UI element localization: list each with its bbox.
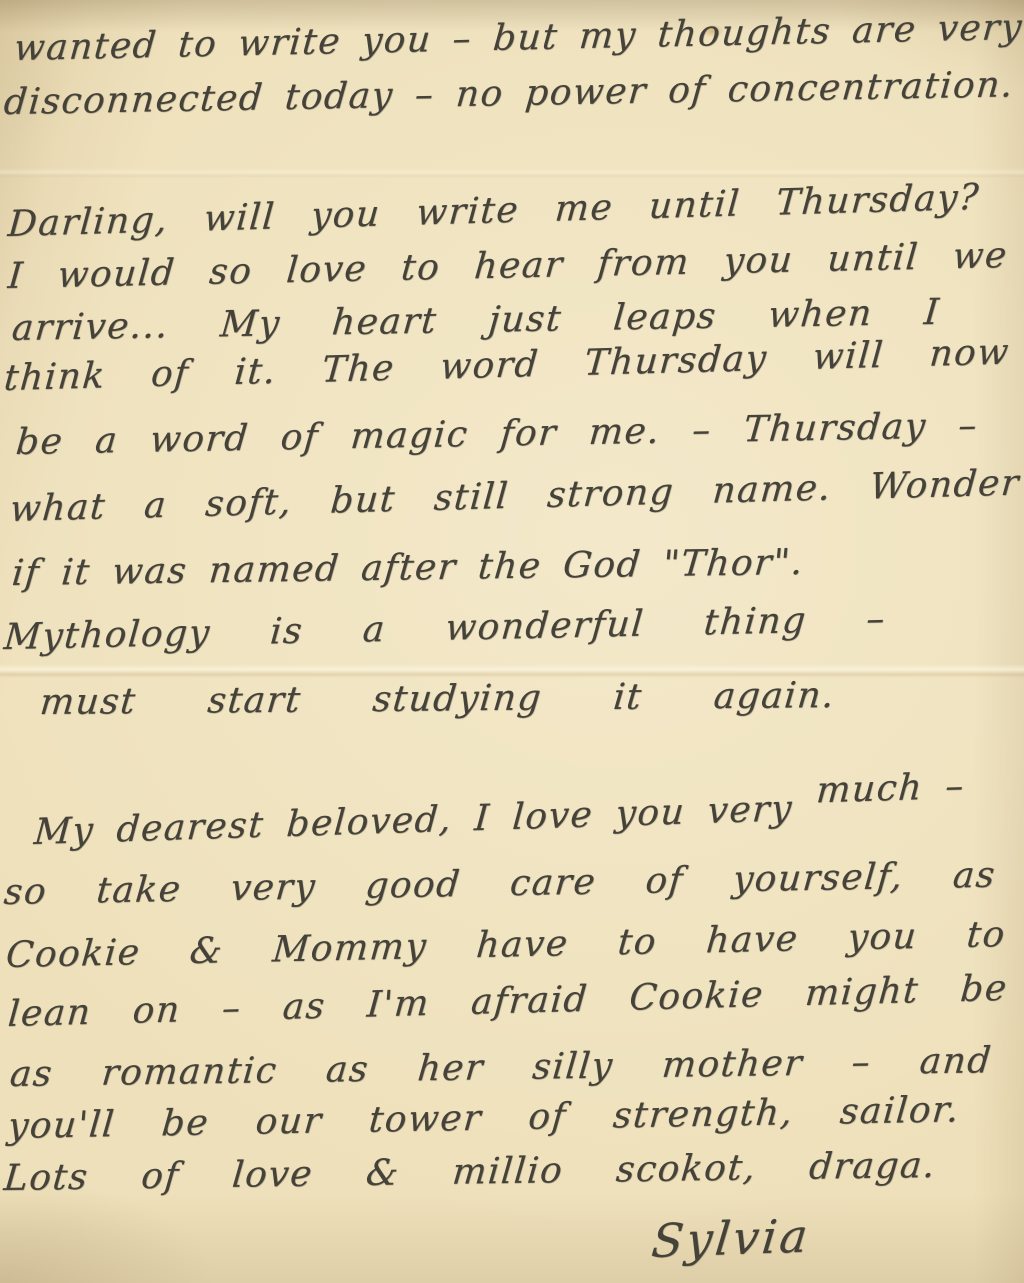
letter-line-text: if it was named after the God "Thor". [10,542,806,594]
letter-line-text: what a soft, but still strong name. Wond… [8,463,1021,531]
letter-line: lean on – as I'm afraid Cookie might be [6,966,1009,1038]
letter-line-text: Lots of love & millio scokot, draga. [2,1145,938,1199]
letter-line: if it was named after the God "Thor". [10,540,806,597]
letter-line: disconnected today – no power of concent… [2,62,1016,126]
letter-line: Mythology is a wonderful thing – [2,596,888,661]
signature: Sylvia [649,1208,813,1268]
letter-line-text: must start studying it again. [38,675,837,723]
letter-line-text: wanted to write you – but my thoughts ar… [12,7,1024,69]
letter-line-text: Cookie & Mommy have to have you to [4,914,1007,976]
letter-line-text: Mythology is a wonderful thing – [2,598,887,658]
letter-line-text: Darling, will you write me until Thursda… [6,177,981,245]
letter-line: you'll be our tower of strength, sailor. [6,1087,962,1150]
letter-line: what a soft, but still strong name. Wond… [8,461,1021,534]
letter-line-raised-word: much – [815,766,966,812]
letter-line: be a word of magic for me. – Thursday – [14,403,980,466]
letter-line-text: lean on – as I'm afraid Cookie might be [6,968,1009,1035]
letter-line-text: as romantic as her silly mother – and [8,1040,994,1095]
letter-page: wanted to write you – but my thoughts ar… [0,0,1024,1283]
letter-line-text: My dearest beloved, I love you very [33,788,795,853]
letter-line: My dearest beloved, I love you very much… [32,781,965,856]
letter-line: must start studying it again. [38,673,837,726]
letter-line-text: be a word of magic for me. – Thursday – [14,405,979,463]
letter-line-text: disconnected today – no power of concent… [2,64,1015,123]
letter-line-text: I would so love to hear from you until w… [6,235,1009,297]
fold-crease-top [0,168,1024,178]
letter-line: wanted to write you – but my thoughts ar… [12,5,1011,72]
letter-line: so take very good care of yourself, as [2,853,998,916]
letter-line-text: so take very good care of yourself, as [2,855,997,913]
letter-line-text: you'll be our tower of strength, sailor. [6,1089,961,1147]
letter-line: Lots of love & millio scokot, draga. [2,1143,938,1202]
